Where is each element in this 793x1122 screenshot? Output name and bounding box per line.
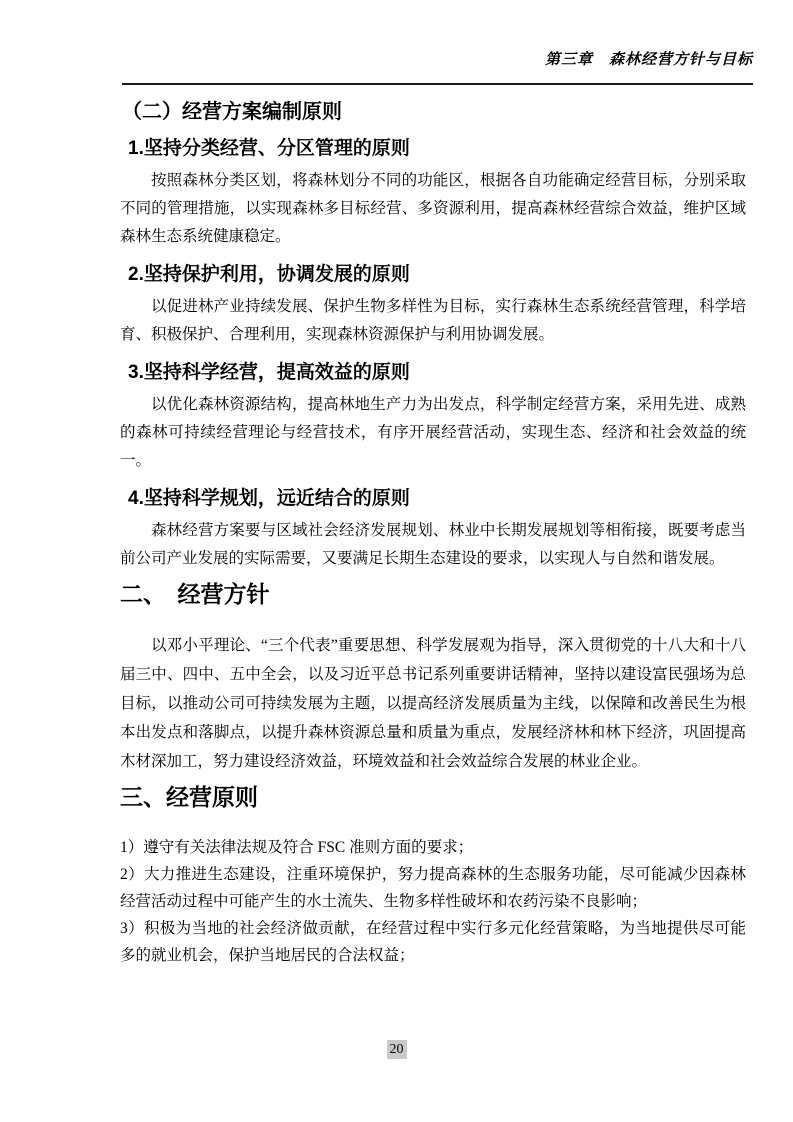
list-item-2: 2）大力推进生态建设，注重环境保护，努力提高森林的生态服务功能，尽可能减少因森林…	[120, 861, 746, 915]
paragraph-principle-1: 按照森林分类区划，将森林划分不同的功能区，根据各自功能确定经营目标，分别采取不同…	[120, 167, 746, 251]
paragraph-principle-4: 森林经营方案要与区域社会经济发展规划、林业中长期发展规划等相衔接，既要考虑当前公…	[120, 517, 746, 573]
heading-principle-2: 2.坚持保护利用，协调发展的原则	[128, 263, 746, 287]
list-item-3: 3）积极为当地的社会经济做贡献，在经营过程中实行多元化经营策略，为当地提供尽可能…	[120, 915, 746, 969]
page-number: 20	[387, 1040, 407, 1059]
document-page: 第三章 森林经营方针与目标 （二）经营方案编制原则 1.坚持分类经营、分区管理的…	[0, 0, 793, 1122]
heading-principle-4: 4.坚持科学规划，远近结合的原则	[128, 487, 746, 511]
list-item-1: 1）遵守有关法律法规及符合 FSC 准则方面的要求；	[120, 834, 746, 861]
chapter-header-title: 第三章 森林经营方针与目标	[122, 50, 753, 70]
heading-management-principles: 三、经营原则	[120, 782, 746, 812]
paragraph-principle-2: 以促进林产业持续发展、保护生物多样性为目标，实行森林生态系统经营管理，科学培育、…	[120, 293, 746, 349]
paragraph-principle-3: 以优化森林资源结构，提高林地生产力为出发点，科学制定经营方案，采用先进、成熟的森…	[120, 391, 746, 475]
page-content: （二）经营方案编制原则 1.坚持分类经营、分区管理的原则 按照森林分类区划，将森…	[120, 99, 746, 969]
page-footer: 20	[0, 1040, 793, 1059]
heading-plan-principles: （二）经营方案编制原则	[122, 99, 746, 125]
paragraph-management-policy: 以邓小平理论、“三个代表”重要思想、科学发展观为指导，深入贯彻党的十八大和十八届…	[120, 631, 746, 776]
heading-principle-1: 1.坚持分类经营、分区管理的原则	[128, 137, 746, 161]
page-header: 第三章 森林经营方针与目标	[122, 0, 753, 85]
heading-principle-3: 3.坚持科学经营，提高效益的原则	[128, 361, 746, 385]
heading-management-policy: 二、 经营方针	[120, 579, 746, 609]
